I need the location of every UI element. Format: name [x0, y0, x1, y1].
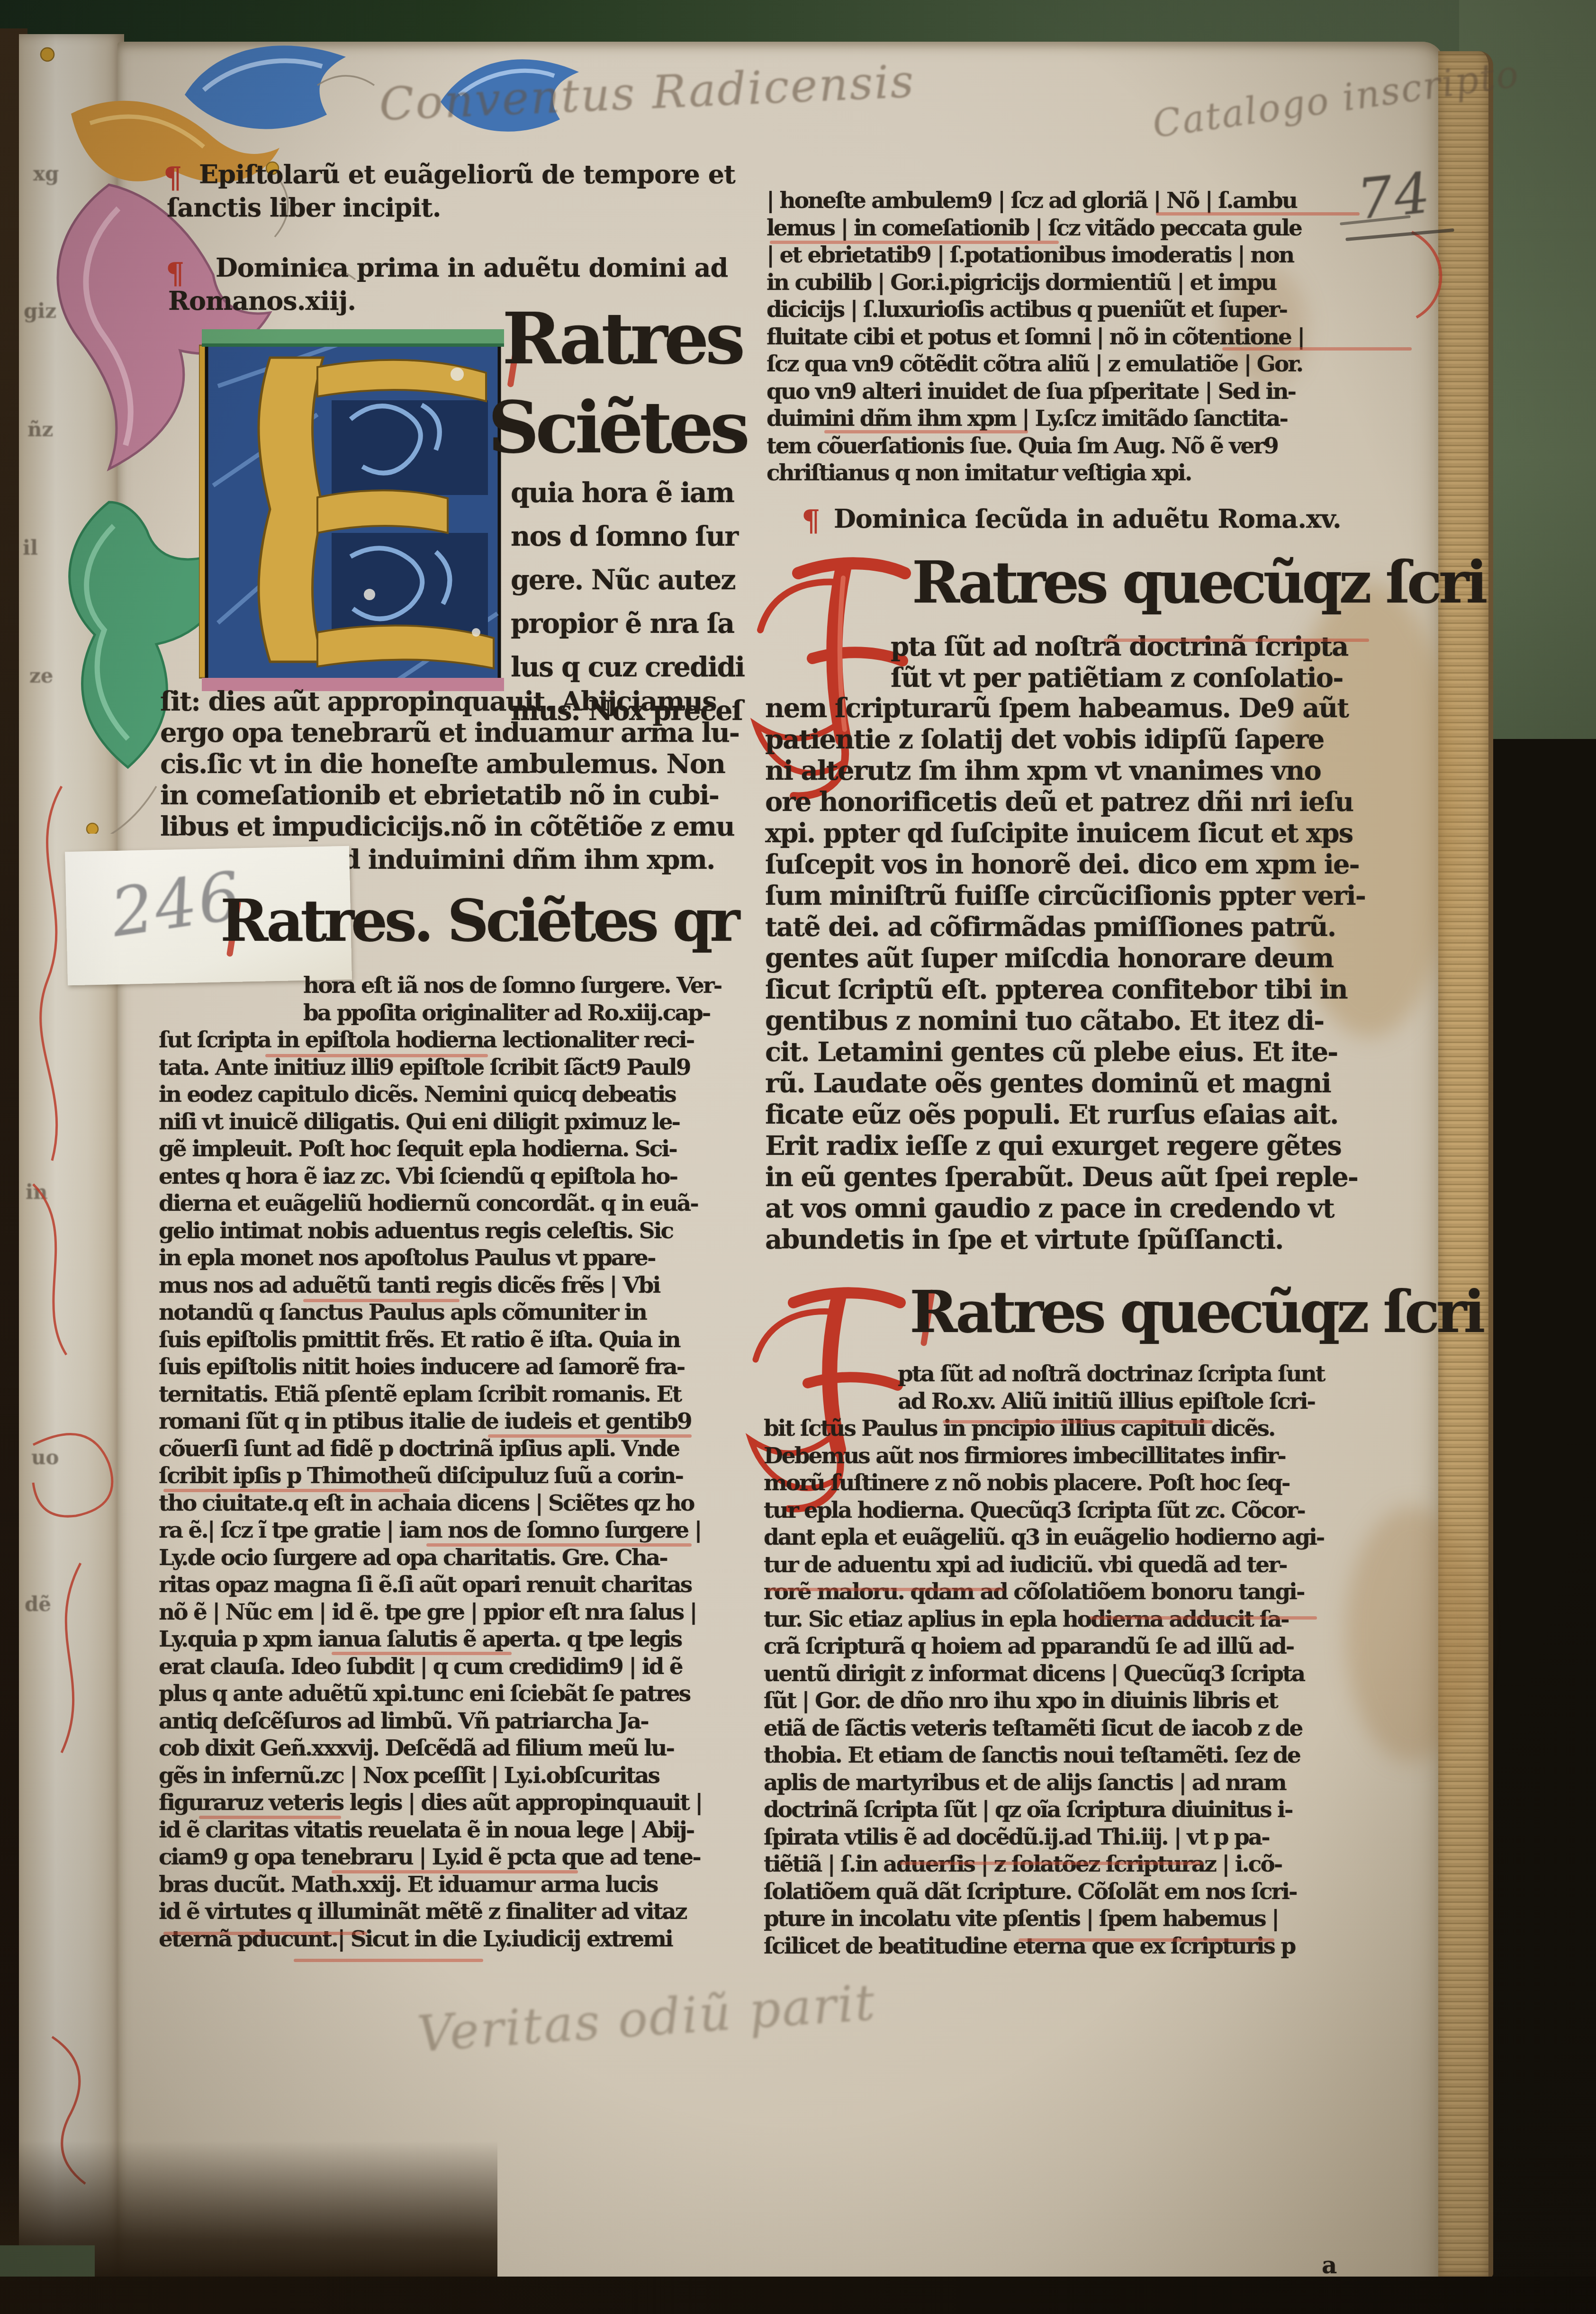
incipit-line1: Epiſtolarũ et euãgeliorũ de tempore et — [199, 159, 735, 190]
rubric-underline — [163, 1932, 367, 1935]
rubric-underline — [1104, 639, 1369, 642]
commentary2-text-block: bit ſctũs Paulus in pncipio illius capit… — [764, 1415, 1324, 1960]
illuminated-initial-F — [199, 329, 507, 694]
epistle2-heading: Ratres quecũqz ſcri — [912, 553, 1485, 611]
rubric-underline — [1090, 1616, 1317, 1620]
commentary2-indented-lines: pta ſũt ad noſtrã doctrinaz ſcripta ſunt… — [898, 1360, 1325, 1415]
rubric-underline — [199, 1816, 341, 1819]
rubric-dominica-secunda: Dominica ſecũda in aduẽtu Roma.xv. — [834, 503, 1341, 535]
commentary2-heading: Ratres quecũqz ſcri — [910, 1283, 1482, 1341]
red-penwork-flourish — [1402, 223, 1459, 327]
rubric-pilcrow: ¶ — [802, 503, 820, 538]
rubric-romans-ref: Romanos.xiij. — [168, 285, 356, 317]
epistle-text-beside-initial: quia hora ẽ iam nos d ſomno ſur gere. Nũ… — [511, 410, 744, 733]
epistle-text-block: ſit: dies aũt appropinquauit. Abijciamus… — [160, 686, 739, 842]
quire-signature: a — [1322, 2251, 1337, 2279]
fore-edge-page-block — [1438, 51, 1493, 2278]
rubric-underline — [770, 241, 1059, 244]
rubric-underline — [332, 1870, 578, 1873]
rubric-underline — [1019, 1938, 1274, 1942]
epistle-opening-word: Ratres — [502, 303, 742, 374]
rubric-underline — [332, 1652, 512, 1655]
commentary-indented-lines: hora eſt iã nos de ſomno ſurgere. Ver- b… — [303, 972, 721, 1026]
rubric-underline — [163, 1489, 410, 1492]
rubric-underline — [488, 1434, 692, 1438]
rubric-underline — [767, 1588, 1004, 1591]
rubric-pilcrow: ¶ — [163, 160, 182, 195]
rubric-underline — [900, 1862, 1203, 1865]
epistle-text-last-line: Sed induimini dñm ihm xpm. — [308, 844, 715, 875]
rubric-dominica-prima: Dominica prima in aduẽtu domini ad — [216, 252, 728, 284]
rubric-underline — [943, 1420, 1213, 1423]
incipit-line2: ſanctis liber incipit. — [167, 192, 441, 224]
commentary-heading: Ratres. Sciẽtes qr — [220, 891, 737, 949]
rubric-underline — [265, 1054, 488, 1057]
paper-stain — [1345, 1506, 1478, 1762]
rubric-underline — [1222, 347, 1412, 351]
rubric-underline — [1156, 212, 1360, 216]
rubric-underline — [294, 1959, 483, 1962]
epistle2-text-block: nem ſcripturarũ ſpem habeamus. De9 aũt p… — [765, 693, 1365, 1255]
shadow-bottom-edge — [0, 2277, 1596, 2314]
rubric-underline — [303, 1299, 460, 1302]
rubric-underline — [426, 1543, 692, 1547]
gloss-text-block: | honeſte ambulem9 | ſcz ad gloriã | Nõ … — [766, 187, 1304, 487]
rubric-underline — [824, 430, 1028, 433]
